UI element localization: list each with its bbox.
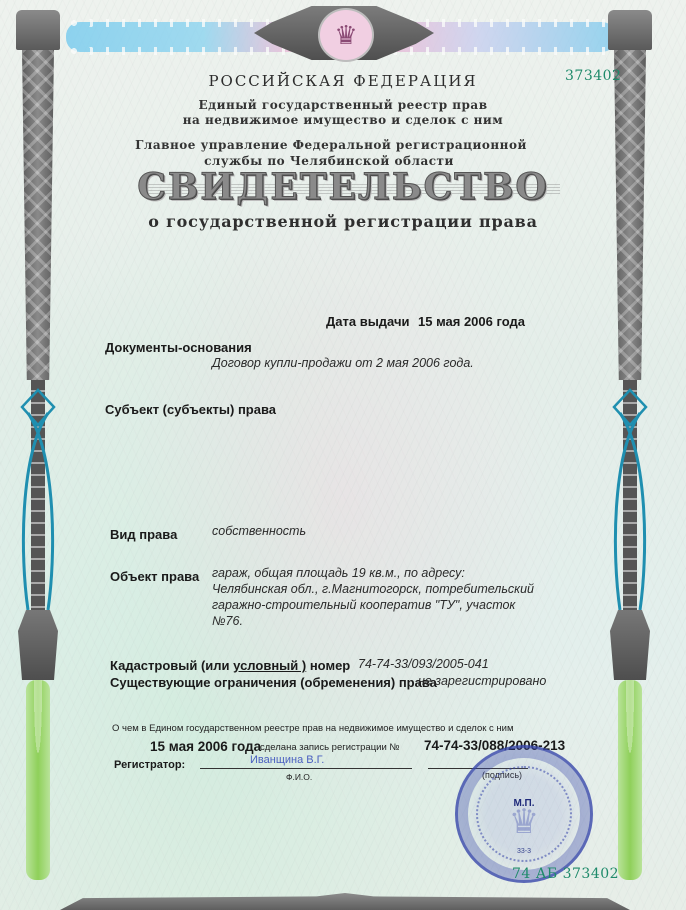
object-value-line-1: гараж, общая площадь 19 кв.м., по адресу… <box>212 566 465 580</box>
registry-line-2: на недвижимое имущество и сделок с ним <box>0 113 686 127</box>
eagle-glyph: ♛ <box>334 22 357 48</box>
registration-record-text: сделана запись регистрации № <box>260 742 400 753</box>
registry-line-1: Единый государственный реестр прав <box>0 98 686 112</box>
cadastral-label: Кадастровый (или условный ) номер <box>110 658 350 673</box>
cadastral-label-underlined: условный ) <box>233 658 306 673</box>
coat-of-arms-icon: ♛ <box>318 8 374 62</box>
basis-documents-label: Документы-основания <box>105 340 252 355</box>
series-serial-bottom: 74 АБ 373402 <box>512 866 619 882</box>
column-knot <box>610 610 650 680</box>
cadastral-value: 74-74-33/093/2005-041 <box>358 657 489 671</box>
right-type-value: собственность <box>212 524 306 538</box>
authority-line-1: Главное управление Федеральной регистрац… <box>0 138 674 152</box>
issue-date-value: 15 мая 2006 года <box>418 314 525 329</box>
official-seal-icon: ♛ М.П. 33-3 <box>455 745 593 883</box>
object-label: Объект права <box>110 569 199 584</box>
document-title: СВИДЕТЕЛЬСТВО <box>0 166 686 208</box>
name-caption: Ф.И.О. <box>286 772 312 782</box>
seal-code: 33-3 <box>458 848 590 855</box>
blue-loop-ornament-icon <box>610 385 650 615</box>
column-capital <box>608 10 652 50</box>
column-knot <box>18 610 58 680</box>
seal-mp-label: М.П. <box>458 798 590 809</box>
encumbrance-value: не зарегистрировано <box>418 674 546 688</box>
column-green-base <box>26 680 50 880</box>
subject-label: Субъект (субъекты) права <box>105 402 276 417</box>
registrar-label: Регистратор: <box>114 759 185 771</box>
cadastral-label-prefix: Кадастровый (или <box>110 658 233 673</box>
object-value-line-3: гаражно-строительный кооператив "ТУ", уч… <box>212 598 515 612</box>
registrar-name: Иванщина В.Г. <box>250 754 324 766</box>
column-green-base <box>618 680 642 880</box>
document-subtitle: о государственной регистрации права <box>0 212 686 231</box>
object-value-line-4: №76. <box>212 614 243 628</box>
cadastral-label-suffix: номер <box>306 658 350 673</box>
column-capital <box>16 10 60 50</box>
encumbrance-label: Существующие ограничения (обременения) п… <box>110 675 437 690</box>
registration-statement: О чем в Едином государственном реестре п… <box>112 723 514 734</box>
certificate-paper <box>0 0 686 910</box>
registrar-name-line <box>200 768 412 769</box>
blue-loop-ornament-icon <box>18 385 58 615</box>
issue-date-label: Дата выдачи <box>326 314 410 329</box>
registration-date: 15 мая 2006 года <box>150 739 261 754</box>
right-type-label: Вид права <box>110 527 177 542</box>
basis-documents-value: Договор купли-продажи от 2 мая 2006 года… <box>212 356 474 370</box>
serial-number-top: 373402 <box>565 68 621 84</box>
object-value-line-2: Челябинская обл., г.Магнитогорск, потреб… <box>212 582 534 596</box>
